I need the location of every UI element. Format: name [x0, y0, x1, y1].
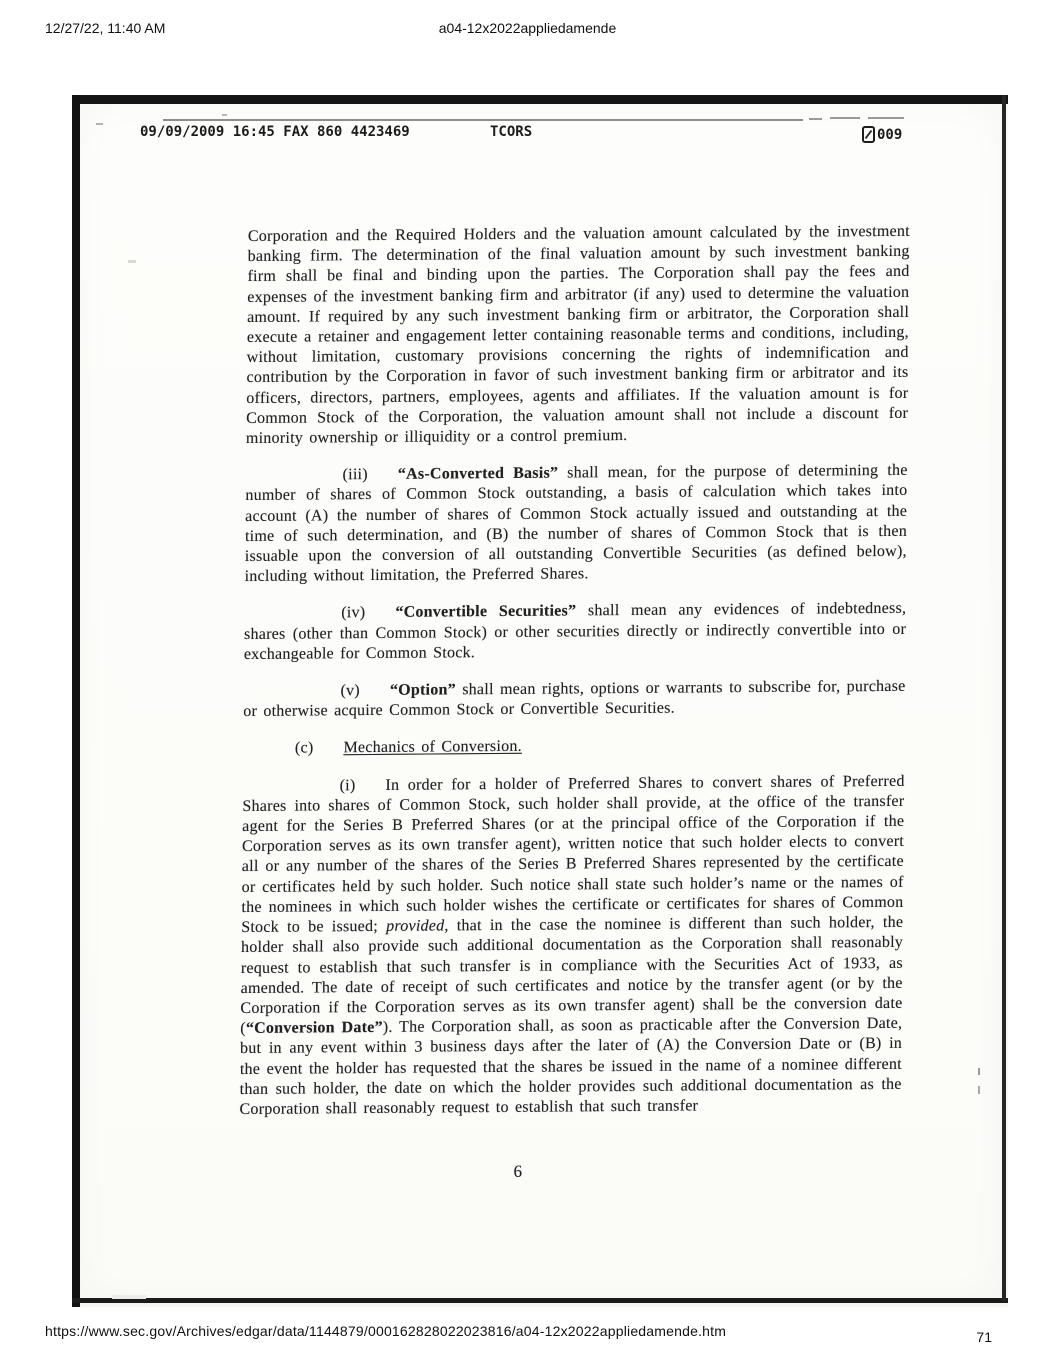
scan-page-number: 6 [239, 1160, 797, 1185]
scan-artifact-dash [809, 118, 822, 120]
paragraph-label: (c) [295, 740, 314, 757]
section-heading-paragraph: (c)Mechanics of Conversion. [243, 734, 905, 759]
paragraph-text: Corporation and the Required Holders and… [246, 223, 910, 447]
fax-transmission-header: 09/09/2009 16:45 FAX 860 4423469 TCORS 0… [140, 124, 970, 144]
document-paragraph: Corporation and the Required Holders and… [246, 222, 910, 449]
scan-artifact-dash [222, 114, 227, 116]
fax-header-rule [163, 119, 803, 121]
paragraph-label: (i) [340, 777, 356, 794]
fax-station-id: TCORS [490, 124, 532, 140]
paragraph-text: provided [386, 917, 444, 934]
scan-artifact-dash [978, 1086, 980, 1094]
scan-edge-bottom [72, 1298, 1008, 1303]
paragraph-text: “As-Converted Basis” [398, 465, 559, 483]
print-page-number: 71 [976, 1329, 992, 1345]
print-source-url: https://www.sec.gov/Archives/edgar/data/… [45, 1323, 726, 1339]
document-paragraph: (iv)“Convertible Securities” shall mean … [244, 599, 907, 665]
scan-edge-right [1002, 95, 1006, 1301]
print-doc-title: a04-12x2022appliedamende [0, 20, 1055, 36]
fax-page-indicator: 009 [877, 127, 902, 143]
fax-page-icon [862, 126, 875, 143]
paragraph-text: “Conversion Date” [246, 1019, 383, 1037]
paragraph-text: “Option” [390, 681, 456, 699]
paragraph-label: (iv) [341, 605, 365, 622]
scan-edge-left [72, 95, 80, 1307]
scan-artifact-dash [830, 117, 860, 119]
fax-page-count: 009 [862, 126, 902, 143]
fax-timestamp: 09/09/2009 16:45 FAX 860 4423469 [140, 124, 410, 140]
document-paragraphs: Corporation and the Required Holders and… [239, 222, 910, 1120]
scan-artifact-dash [868, 117, 904, 119]
scan-artifact-dash [96, 123, 103, 125]
paragraph-text: Mechanics of Conversion. [343, 738, 522, 756]
scan-artifact-speck [128, 260, 136, 263]
scan-artifact-speck [112, 1295, 146, 1299]
document-paragraph: (i)In order for a holder of Preferred Sh… [239, 771, 904, 1120]
paragraph-label: (iii) [343, 466, 368, 483]
paragraph-text: In order for a holder of Preferred Share… [241, 772, 905, 936]
document-body: Corporation and the Required Holders and… [239, 220, 910, 1185]
document-paragraph: (iii)“As-Converted Basis” shall mean, fo… [245, 461, 908, 587]
scan-edge-top [72, 95, 1008, 104]
paragraph-text: “Convertible Securities” [395, 603, 576, 621]
print-preview-header: 12/27/22, 11:40 AM a04-12x2022appliedame… [0, 20, 1055, 40]
scan-artifact-dash [978, 1068, 980, 1075]
paragraph-label: (v) [340, 682, 360, 699]
print-preview-footer: https://www.sec.gov/Archives/edgar/data/… [0, 1323, 1055, 1345]
scanned-fax-page: 09/09/2009 16:45 FAX 860 4423469 TCORS 0… [72, 95, 1008, 1307]
document-paragraph: (v)“Option” shall mean rights, options o… [243, 677, 905, 723]
